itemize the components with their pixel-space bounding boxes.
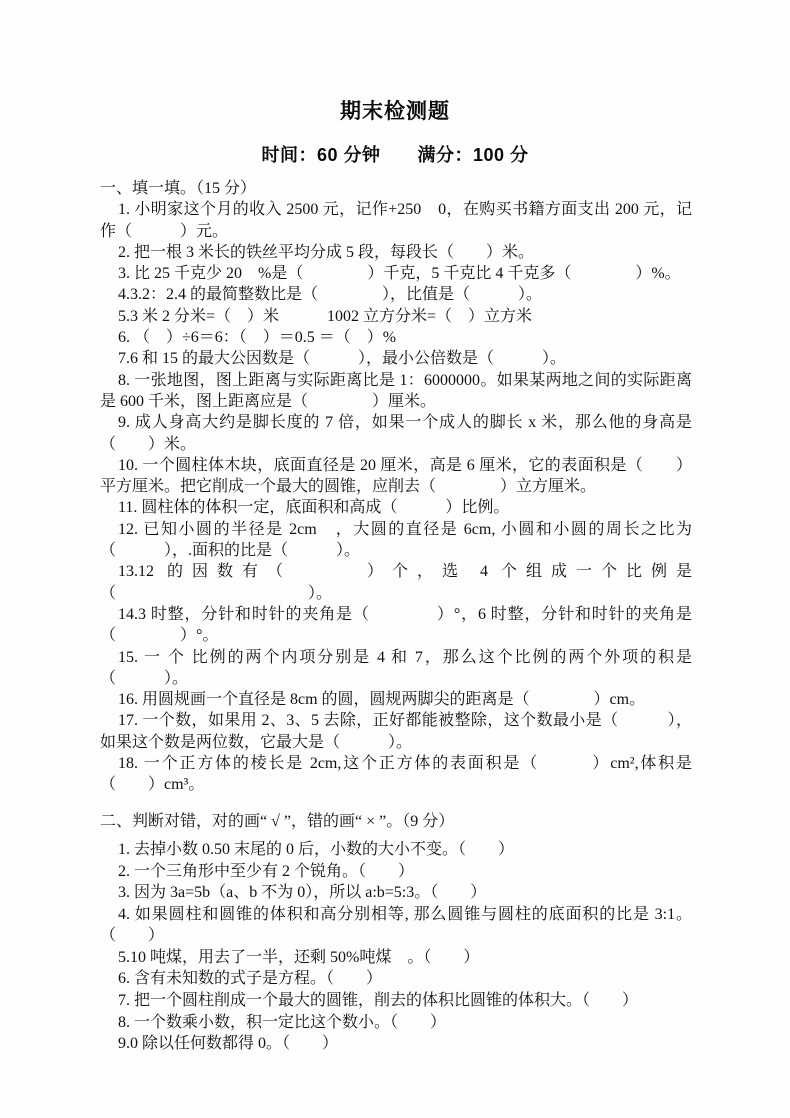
true-false-question-6: 6. 含有未知数的式子是方程。（ ） [100, 968, 692, 990]
true-false-question-4: 4. 如果圆柱和圆锥的体积和高分别相等, 那么圆锥与圆柱的底面积的比是 3:1。… [100, 904, 692, 947]
exam-body: 一、填一填。（15 分） 1. 小明家这个月的收入 2500 元，记作+250 … [100, 178, 692, 1055]
fill-in-question-6: 6. （ ）÷6＝6：（ ）＝0.5 ＝（ ）% [100, 327, 692, 348]
fill-in-question-18: 18. 一个正方体的棱长是 2cm,这个正方体的表面积是（ ）cm²,体积是（ … [100, 753, 692, 796]
fill-in-question-9: 9. 成人身高大约是脚长度的 7 倍，如果一个成人的脚长 x 米，那么他的身高是… [100, 412, 692, 455]
section-2-heading: 二、判断对错，对的画“ √ ”，错的画“ × ”。（9 分） [100, 811, 692, 832]
true-false-question-5: 5.10 吨煤，用去了一半，还剩 50%吨煤 。（ ） [100, 947, 692, 969]
true-false-question-8: 8. 一个数乘小数，积一定比这个数小。（ ） [100, 1012, 692, 1034]
exam-paper-page: 期末检测题 时间：60 分钟 满分：100 分 一、填一填。（15 分） 1. … [0, 0, 790, 1118]
section-1-heading: 一、填一填。（15 分） [100, 178, 692, 199]
fill-in-question-12: 12. 已知小圆的半径是 2cm ，大圆的直径是 6cm, 小圆和小圆的周长之比… [100, 519, 692, 562]
fill-in-question-16: 16. 用圆规画一个直径是 8cm 的圆，圆规两脚尖的距离是（ ）cm。 [100, 689, 692, 710]
fill-in-question-11: 11. 圆柱体的体积一定，底面积和高成（ ）比例。 [100, 497, 692, 518]
fill-in-question-14: 14.3 时整，分针和时针的夹角是（ ）°，6 时整，分针和时针的夹角是（ ）°… [100, 604, 692, 647]
exam-title: 期末检测题 [0, 0, 790, 123]
section-true-false: 二、判断对错，对的画“ √ ”，错的画“ × ”。（9 分） 1. 去掉小数 0… [100, 811, 692, 1055]
fill-in-question-1: 1. 小明家这个月的收入 2500 元，记作+250 0，在购买书籍方面支出 2… [100, 199, 692, 242]
fill-in-question-3: 3. 比 25 千克少 20 %是（ ）千克，5 千克比 4 千克多（ ）%。 [100, 263, 692, 284]
fill-in-question-13: 13.12 的因数有（ ）个，选 4 个组成一个比例是（ ）。 [100, 561, 692, 604]
fill-in-question-2: 2. 把一根 3 米长的铁丝平均分成 5 段，每段长（ ）米。 [100, 242, 692, 263]
fill-in-question-17: 17. 一个数，如果用 2、3、5 去除，正好都能被整除，这个数最小是（ ），如… [100, 710, 692, 753]
fill-in-question-15: 15. 一 个 比例的两个内项分别是 4 和 7，那么这个比例的两个外项的积是（… [100, 647, 692, 690]
true-false-question-1: 1. 去掉小数 0.50 末尾的 0 后，小数的大小不变。（ ） [100, 839, 692, 861]
true-false-question-2: 2. 一个三角形中至少有 2 个锐角。（ ） [100, 861, 692, 883]
section-fill-in-blanks: 一、填一填。（15 分） 1. 小明家这个月的收入 2500 元，记作+250 … [100, 178, 692, 796]
exam-time-score-line: 时间：60 分钟 满分：100 分 [0, 145, 790, 165]
fill-in-question-7: 7.6 和 15 的最大公因数是（ ），最小公倍数是（ ）。 [100, 348, 692, 369]
fill-in-question-8: 8. 一张地图，图上距离与实际距离比是 1：6000000。如果某两地之间的实际… [100, 370, 692, 413]
fill-in-question-5: 5.3 米 2 分米=（ ）米 1002 立方分米=（ ）立方米 [100, 306, 692, 327]
true-false-question-7: 7. 把一个圆柱削成一个最大的圆锥，削去的体积比圆锥的体积大。（ ） [100, 990, 692, 1012]
fill-in-question-4: 4.3.2：2.4 的最简整数比是（ ），比值是（ ）。 [100, 284, 692, 305]
fill-in-question-10: 10. 一个圆柱体木块，底面直径是 20 厘米，高是 6 厘米，它的表面积是（ … [100, 455, 692, 498]
true-false-question-3: 3. 因为 3a=5b（a、b 不为 0），所以 a:b=5:3。（ ） [100, 882, 692, 904]
true-false-question-9: 9.0 除以任何数都得 0。（ ） [100, 1033, 692, 1055]
